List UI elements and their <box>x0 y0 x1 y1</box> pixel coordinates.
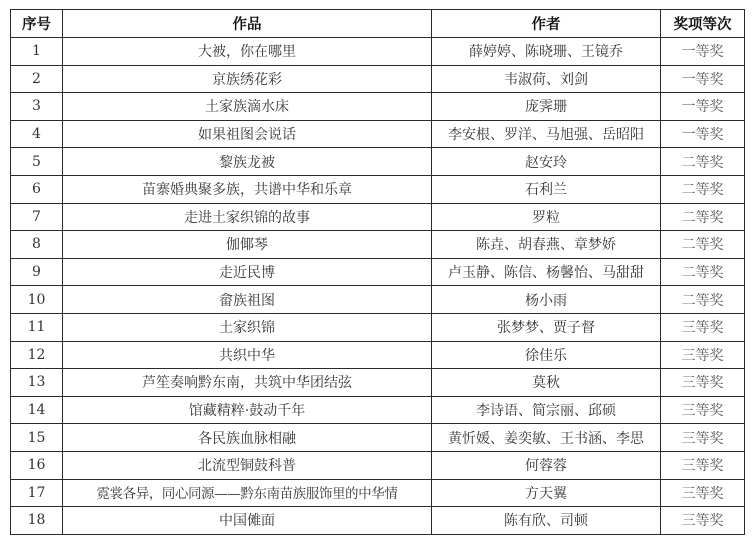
header-award: 奖项等次 <box>661 10 745 38</box>
table-row: 12共织中华徐佳乐三等奖 <box>11 341 745 369</box>
cell-work: 中国傩面 <box>63 507 432 535</box>
cell-work: 如果祖图会说话 <box>63 120 432 148</box>
cell-authors: 陈有欣、司顿 <box>432 507 661 535</box>
table-row: 11土家织锦张梦梦、贾子督三等奖 <box>11 313 745 341</box>
cell-no: 12 <box>11 341 63 369</box>
cell-authors: 方天翼 <box>432 479 661 507</box>
table-row: 3土家族滴水床庞霁珊一等奖 <box>11 93 745 121</box>
cell-no: 17 <box>11 479 63 507</box>
table-row: 9走近民博卢玉静、陈信、杨馨怡、马甜甜二等奖 <box>11 258 745 286</box>
cell-work: 走近民博 <box>63 258 432 286</box>
cell-work: 霓裳各异，同心同源——黔东南苗族服饰里的中华情 <box>63 479 432 507</box>
table-row: 7走进土家织锦的故事罗粒二等奖 <box>11 203 745 231</box>
cell-no: 9 <box>11 258 63 286</box>
cell-work: 苗寨婚典聚多族，共谱中华和乐章 <box>63 175 432 203</box>
cell-authors: 黄忻媛、姜奕敏、王书涵、李思 <box>432 424 661 452</box>
table-row: 15各民族血脉相融黄忻媛、姜奕敏、王书涵、李思三等奖 <box>11 424 745 452</box>
cell-no: 4 <box>11 120 63 148</box>
cell-work: 走进土家织锦的故事 <box>63 203 432 231</box>
cell-work: 北流型铜鼓科普 <box>63 451 432 479</box>
cell-no: 2 <box>11 65 63 93</box>
header-work: 作品 <box>63 10 432 38</box>
cell-authors: 徐佳乐 <box>432 341 661 369</box>
cell-no: 13 <box>11 369 63 397</box>
cell-work: 京族绣花彩 <box>63 65 432 93</box>
cell-no: 18 <box>11 507 63 535</box>
cell-authors: 何蓉蓉 <box>432 451 661 479</box>
cell-award: 二等奖 <box>661 258 745 286</box>
cell-no: 11 <box>11 313 63 341</box>
table-row: 1大被，你在哪里薛婷婷、陈晓珊、王镜乔一等奖 <box>11 38 745 66</box>
awards-table: 序号 作品 作者 奖项等次 1大被，你在哪里薛婷婷、陈晓珊、王镜乔一等奖 2京族… <box>10 9 745 535</box>
cell-work: 各民族血脉相融 <box>63 424 432 452</box>
cell-no: 10 <box>11 286 63 314</box>
cell-award: 三等奖 <box>661 341 745 369</box>
cell-work: 畲族祖图 <box>63 286 432 314</box>
cell-award: 二等奖 <box>661 231 745 259</box>
cell-no: 7 <box>11 203 63 231</box>
cell-award: 二等奖 <box>661 286 745 314</box>
cell-authors: 赵安玲 <box>432 148 661 176</box>
table-row: 18中国傩面陈有欣、司顿三等奖 <box>11 507 745 535</box>
cell-work: 芦笙奏响黔东南，共筑中华团结弦 <box>63 369 432 397</box>
cell-authors: 庞霁珊 <box>432 93 661 121</box>
table-row: 14馆藏精粹·鼓动千年李诗语、简宗丽、邱硕三等奖 <box>11 396 745 424</box>
cell-authors: 杨小雨 <box>432 286 661 314</box>
cell-award: 三等奖 <box>661 424 745 452</box>
cell-authors: 薛婷婷、陈晓珊、王镜乔 <box>432 38 661 66</box>
cell-award: 二等奖 <box>661 148 745 176</box>
cell-authors: 李安根、罗洋、马旭强、岳昭阳 <box>432 120 661 148</box>
cell-no: 6 <box>11 175 63 203</box>
cell-no: 15 <box>11 424 63 452</box>
cell-no: 8 <box>11 231 63 259</box>
cell-work: 土家织锦 <box>63 313 432 341</box>
cell-no: 16 <box>11 451 63 479</box>
table-row: 10畲族祖图杨小雨二等奖 <box>11 286 745 314</box>
cell-award: 三等奖 <box>661 507 745 535</box>
cell-no: 1 <box>11 38 63 66</box>
cell-authors: 卢玉静、陈信、杨馨怡、马甜甜 <box>432 258 661 286</box>
table-row: 6苗寨婚典聚多族，共谱中华和乐章石利兰二等奖 <box>11 175 745 203</box>
header-row: 序号 作品 作者 奖项等次 <box>11 10 745 38</box>
cell-award: 三等奖 <box>661 313 745 341</box>
cell-award: 三等奖 <box>661 369 745 397</box>
table-row: 2京族绣花彩韦淑荷、刘剑一等奖 <box>11 65 745 93</box>
cell-authors: 陈垚、胡春燕、章梦娇 <box>432 231 661 259</box>
cell-award: 一等奖 <box>661 120 745 148</box>
cell-work: 土家族滴水床 <box>63 93 432 121</box>
table-row: 4如果祖图会说话李安根、罗洋、马旭强、岳昭阳一等奖 <box>11 120 745 148</box>
cell-no: 14 <box>11 396 63 424</box>
cell-award: 三等奖 <box>661 451 745 479</box>
cell-award: 一等奖 <box>661 38 745 66</box>
cell-work: 馆藏精粹·鼓动千年 <box>63 396 432 424</box>
cell-authors: 韦淑荷、刘剑 <box>432 65 661 93</box>
table-row: 16北流型铜鼓科普何蓉蓉三等奖 <box>11 451 745 479</box>
table-row: 8伽倻琴陈垚、胡春燕、章梦娇二等奖 <box>11 231 745 259</box>
cell-work: 伽倻琴 <box>63 231 432 259</box>
cell-award: 二等奖 <box>661 175 745 203</box>
cell-award: 三等奖 <box>661 479 745 507</box>
cell-authors: 罗粒 <box>432 203 661 231</box>
header-no: 序号 <box>11 10 63 38</box>
cell-authors: 莫秋 <box>432 369 661 397</box>
cell-award: 一等奖 <box>661 93 745 121</box>
cell-work: 大被，你在哪里 <box>63 38 432 66</box>
cell-authors: 石利兰 <box>432 175 661 203</box>
cell-no: 3 <box>11 93 63 121</box>
cell-authors: 张梦梦、贾子督 <box>432 313 661 341</box>
table-row: 5黎族龙被赵安玲二等奖 <box>11 148 745 176</box>
table-row: 17霓裳各异，同心同源——黔东南苗族服饰里的中华情方天翼三等奖 <box>11 479 745 507</box>
cell-award: 一等奖 <box>661 65 745 93</box>
cell-no: 5 <box>11 148 63 176</box>
cell-work: 共织中华 <box>63 341 432 369</box>
table-row: 13芦笙奏响黔东南，共筑中华团结弦莫秋三等奖 <box>11 369 745 397</box>
cell-award: 二等奖 <box>661 203 745 231</box>
cell-authors: 李诗语、简宗丽、邱硕 <box>432 396 661 424</box>
cell-work: 黎族龙被 <box>63 148 432 176</box>
cell-award: 三等奖 <box>661 396 745 424</box>
header-authors: 作者 <box>432 10 661 38</box>
